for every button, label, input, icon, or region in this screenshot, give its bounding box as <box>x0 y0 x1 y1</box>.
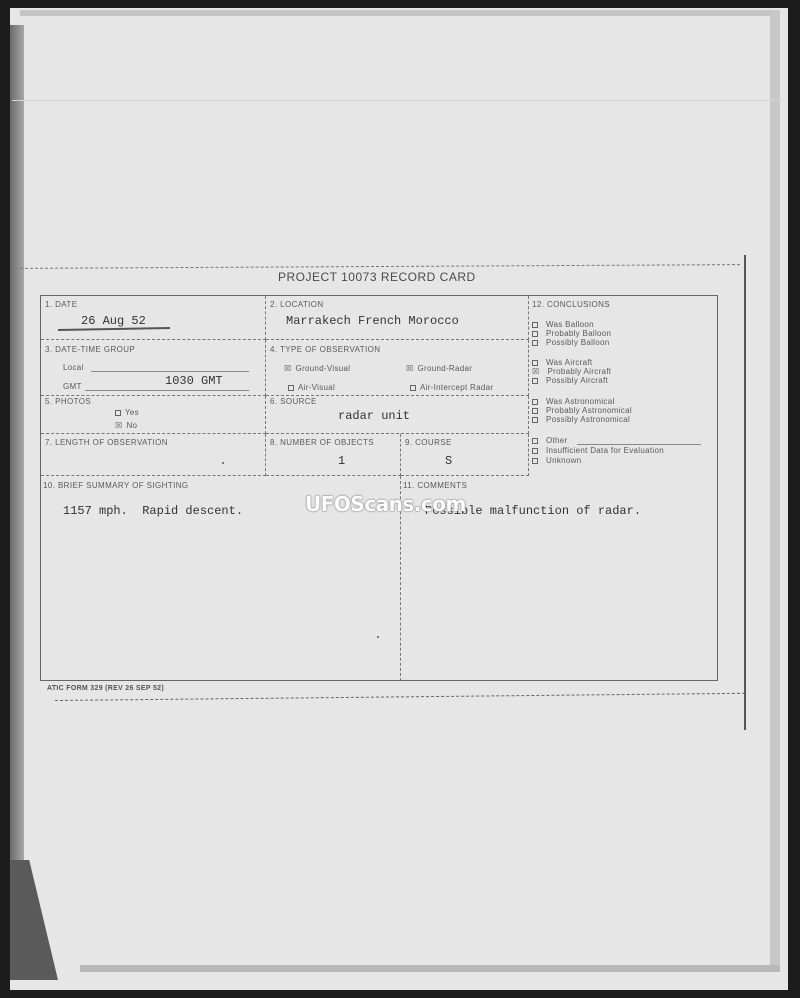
photos-cell: 5. PHOTOS Yes ☒No <box>41 396 266 434</box>
photos-label: 5. PHOTOS <box>45 397 91 406</box>
checkbox-empty-icon <box>532 399 538 405</box>
option-air-intercept-radar[interactable]: Air-Intercept Radar <box>410 383 493 392</box>
record-card: 1. DATE 26 Aug 52 2. LOCATION Marrakech … <box>40 295 718 681</box>
date-time-group-cell: 3. DATE-TIME GROUP Local GMT 1030 GMT <box>41 340 266 396</box>
conclusions-label: 12. CONCLUSIONS <box>532 300 610 309</box>
brief-summary-value: 1157 mph. Rapid descent. <box>63 504 243 518</box>
checkbox-empty-icon <box>532 340 538 346</box>
ink-dot <box>222 462 224 464</box>
conclusion-was-aircraft[interactable]: Was Aircraft <box>532 358 592 367</box>
conclusion-probably-aircraft[interactable]: ☒Probably Aircraft <box>532 367 611 376</box>
course-cell: 9. COURSE S <box>401 434 529 476</box>
conclusion-other[interactable]: Other <box>532 436 568 445</box>
ink-dot <box>377 636 379 638</box>
number-of-objects-label: 8. NUMBER OF OBJECTS <box>270 438 374 447</box>
conclusion-was-balloon[interactable]: Was Balloon <box>532 320 594 329</box>
page-right-edge <box>770 10 780 970</box>
number-of-objects-cell: 8. NUMBER OF OBJECTS 1 <box>266 434 401 476</box>
checkbox-checked-icon: ☒ <box>115 421 122 430</box>
conclusion-possibly-aircraft[interactable]: Possibly Aircraft <box>532 376 608 385</box>
checkbox-empty-icon <box>115 410 121 416</box>
checkbox-empty-icon <box>532 322 538 328</box>
option-photos-no[interactable]: ☒No <box>115 421 137 430</box>
card-right-edge <box>744 255 746 730</box>
course-value: S <box>445 454 452 468</box>
checkbox-empty-icon <box>532 360 538 366</box>
type-of-observation-label: 4. TYPE OF OBSERVATION <box>270 345 380 354</box>
checkbox-empty-icon <box>532 408 538 414</box>
length-of-observation-label: 7. LENGTH OF OBSERVATION <box>45 438 168 447</box>
date-label: 1. DATE <box>45 300 77 309</box>
gmt-underline <box>85 390 249 391</box>
checkbox-empty-icon <box>532 331 538 337</box>
local-label: Local <box>63 363 84 372</box>
form-id: ATIC FORM 329 (REV 26 SEP 52) <box>47 685 164 692</box>
type-of-observation-cell: 4. TYPE OF OBSERVATION ☒Ground-Visual ☒G… <box>266 340 529 396</box>
option-air-visual[interactable]: Air-Visual <box>288 383 335 392</box>
local-underline <box>91 371 249 372</box>
date-time-group-label: 3. DATE-TIME GROUP <box>45 345 135 354</box>
conclusion-probably-astronomical[interactable]: Probably Astronomical <box>532 406 632 415</box>
source-label: 6. SOURCE <box>270 397 317 406</box>
checkbox-checked-icon: ☒ <box>284 364 291 373</box>
page-left-shadow <box>10 25 24 965</box>
length-of-observation-cell: 7. LENGTH OF OBSERVATION <box>41 434 266 476</box>
checkbox-checked-icon: ☒ <box>406 364 413 373</box>
checkbox-empty-icon <box>532 458 538 464</box>
checkbox-empty-icon <box>532 417 538 423</box>
source-cell: 6. SOURCE radar unit <box>266 396 529 434</box>
option-ground-visual[interactable]: ☒Ground-Visual <box>284 364 350 373</box>
conclusion-unknown[interactable]: Unknown <box>532 456 581 465</box>
comments-label: 11. COMMENTS <box>403 481 467 490</box>
page-top-edge <box>20 10 780 16</box>
date-cell: 1. DATE 26 Aug 52 <box>41 296 266 340</box>
conclusions-cell: 12. CONCLUSIONS Was Balloon Probably Bal… <box>529 296 719 476</box>
checkbox-empty-icon <box>532 438 538 444</box>
page-bottom-edge <box>80 965 780 972</box>
location-value: Marrakech French Morocco <box>286 314 459 328</box>
option-ground-radar[interactable]: ☒Ground-Radar <box>406 364 472 373</box>
location-label: 2. LOCATION <box>270 300 324 309</box>
watermark: UFOScans.com <box>305 492 466 516</box>
conclusion-possibly-astronomical[interactable]: Possibly Astronomical <box>532 415 630 424</box>
number-of-objects-value: 1 <box>338 454 345 468</box>
checkbox-empty-icon <box>532 448 538 454</box>
option-photos-yes[interactable]: Yes <box>115 408 139 417</box>
location-cell: 2. LOCATION Marrakech French Morocco <box>266 296 529 340</box>
date-value: 26 Aug 52 <box>81 314 146 328</box>
paper-fold-line <box>12 100 782 101</box>
checkbox-empty-icon <box>532 378 538 384</box>
course-label: 9. COURSE <box>405 438 452 447</box>
conclusion-probably-balloon[interactable]: Probably Balloon <box>532 329 611 338</box>
gmt-value: 1030 GMT <box>165 374 223 388</box>
gmt-label: GMT <box>63 382 82 391</box>
source-value: radar unit <box>338 409 410 423</box>
card-title: PROJECT 10073 RECORD CARD <box>278 270 476 284</box>
checkbox-empty-icon <box>410 385 416 391</box>
brief-summary-label: 10. BRIEF SUMMARY OF SIGHTING <box>43 481 189 490</box>
checkbox-empty-icon <box>288 385 294 391</box>
conclusion-insufficient-data[interactable]: Insufficient Data for Evaluation <box>532 446 664 455</box>
conclusion-possibly-balloon[interactable]: Possibly Balloon <box>532 338 610 347</box>
conclusion-was-astronomical[interactable]: Was Astronomical <box>532 397 615 406</box>
other-underline <box>577 444 701 445</box>
